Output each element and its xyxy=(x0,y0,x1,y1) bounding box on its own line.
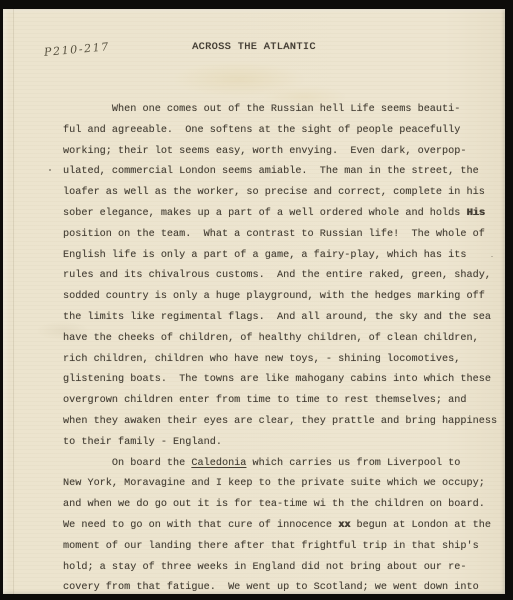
typed-line: overgrown children enter from time to ti… xyxy=(63,391,499,412)
overtyped-correction: His xyxy=(467,208,485,219)
typed-line: rich children, children who have new toy… xyxy=(63,350,499,371)
text-segment: begun at London at the xyxy=(350,520,491,531)
typed-line: We need to go on with that cure of innoc… xyxy=(63,516,499,537)
typed-line: covery from that fatigue. We went up to … xyxy=(63,578,499,599)
text-segment: when they awaken their eyes are clear, t… xyxy=(63,416,497,427)
typed-line: have the cheeks of children, of healthy … xyxy=(63,329,499,350)
text-segment: moment of our landing there after that f… xyxy=(63,541,479,552)
text-segment: covery from that fatigue. We went up to … xyxy=(63,582,479,593)
typed-line: ful and agreeable. One softens at the si… xyxy=(63,121,499,142)
manuscript-page: P210-217 ACROSS THE ATLANTIC When one co… xyxy=(3,9,505,594)
text-segment: sober elegance, makes up a part of a wel… xyxy=(63,208,467,219)
document-title: ACROSS THE ATLANTIC xyxy=(3,42,505,53)
text-segment: the limits like regimental flags. And al… xyxy=(63,312,491,323)
typed-line: when they awaken their eyes are clear, t… xyxy=(63,412,499,433)
typed-line: sodded country is only a huge playground… xyxy=(63,287,499,308)
text-segment: We need to go on with that cure of innoc… xyxy=(63,520,338,531)
text-segment: hold; a stay of three weeks in England d… xyxy=(63,562,467,573)
text-segment: ful and agreeable. One softens at the si… xyxy=(63,125,460,136)
text-segment: rich children, children who have new toy… xyxy=(63,354,460,365)
text-segment: sodded country is only a huge playground… xyxy=(63,291,485,302)
typed-line: glistening boats. The towns are like mah… xyxy=(63,370,499,391)
typed-line: position on the team. What a contrast to… xyxy=(63,225,499,246)
text-segment: to their family - England. xyxy=(63,437,222,448)
typed-line: When one comes out of the Russian hell L… xyxy=(63,100,499,121)
text-segment: which carries us from Liverpool to xyxy=(246,458,460,469)
paper-speck xyxy=(49,169,51,171)
text-segment: working; their lot seems easy, worth env… xyxy=(63,146,467,157)
text-segment: overgrown children enter from time to ti… xyxy=(63,395,467,406)
typed-line: and when we do go out it is for tea-time… xyxy=(63,495,499,516)
typed-line: the limits like regimental flags. And al… xyxy=(63,308,499,329)
typed-line: sober elegance, makes up a part of a wel… xyxy=(63,204,499,225)
text-segment: English life is only a part of a game, a… xyxy=(63,250,467,261)
text-segment: rules and its chivalrous customs. And th… xyxy=(63,270,491,281)
typed-line: loafer as well as the worker, so precise… xyxy=(63,183,499,204)
typed-line: ulated, commercial London seems amiable.… xyxy=(63,162,499,183)
typed-line: On board the Caledonia which carries us … xyxy=(63,454,499,475)
text-segment: have the cheeks of children, of healthy … xyxy=(63,333,479,344)
text-segment: When one comes out of the Russian hell L… xyxy=(63,104,460,115)
underlined-ship-name: Caledonia xyxy=(191,458,246,469)
scanned-photograph: { "colors": { "frame_background": "#0d0c… xyxy=(0,0,513,600)
typed-line: English life is only a part of a game, a… xyxy=(63,246,499,267)
typed-line: hold; a stay of three weeks in England d… xyxy=(63,558,499,579)
typed-text-block: When one comes out of the Russian hell L… xyxy=(63,100,499,599)
text-segment: and when we do go out it is for tea-time… xyxy=(63,499,485,510)
typed-line: to their family - England. xyxy=(63,433,499,454)
typed-line: working; their lot seems easy, worth env… xyxy=(63,142,499,163)
text-segment: New York, Moravagine and I keep to the p… xyxy=(63,478,485,489)
typed-line: New York, Moravagine and I keep to the p… xyxy=(63,474,499,495)
paper-crease xyxy=(13,9,14,594)
text-segment: glistening boats. The towns are like mah… xyxy=(63,374,491,385)
overtyped-correction: xx xyxy=(338,520,350,531)
text-segment: On board the xyxy=(63,458,191,469)
text-segment: ulated, commercial London seems amiable.… xyxy=(63,166,479,177)
typed-line: moment of our landing there after that f… xyxy=(63,537,499,558)
text-segment: loafer as well as the worker, so precise… xyxy=(63,187,485,198)
text-segment: position on the team. What a contrast to… xyxy=(63,229,485,240)
typed-line: rules and its chivalrous customs. And th… xyxy=(63,266,499,287)
